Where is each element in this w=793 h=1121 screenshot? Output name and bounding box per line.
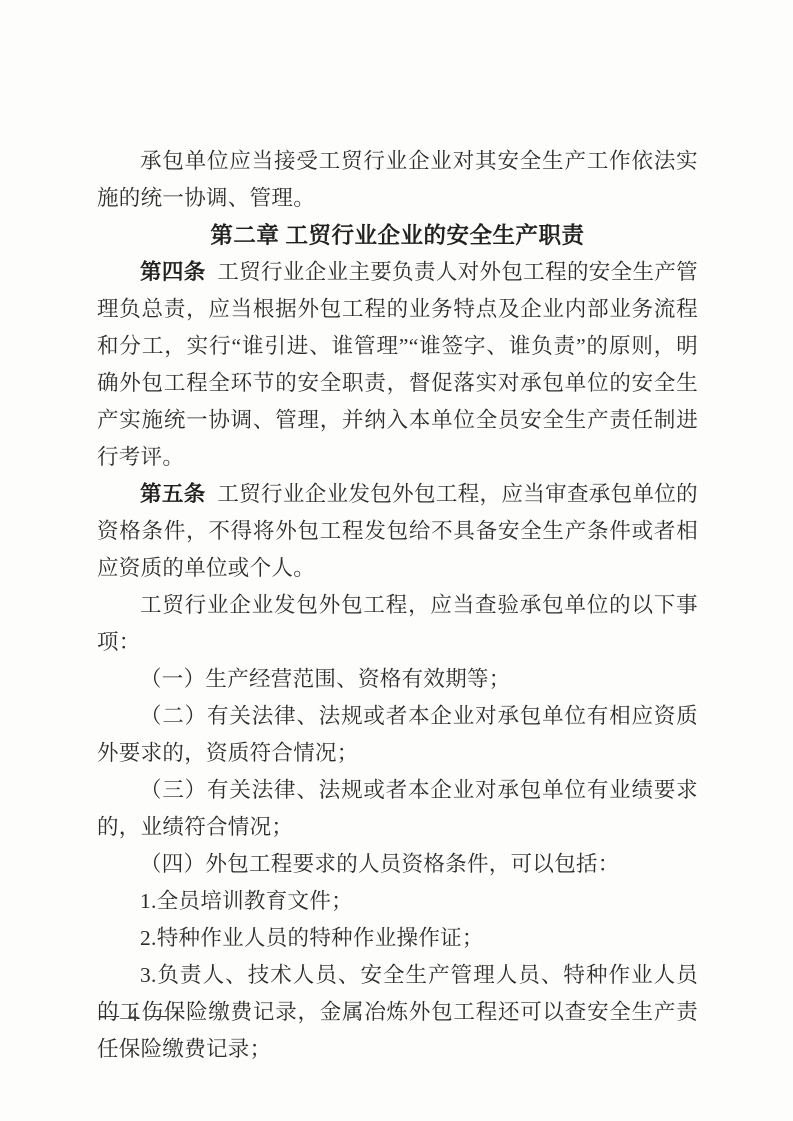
sub-item-3: 3.负责人、技术人员、安全生产管理人员、特种作业人员的工伤保险缴费记录，金属冶炼… [97, 957, 698, 1068]
page-number: — 4 — [99, 1000, 169, 1030]
list-item-2: （二）有关法律、法规或者本企业对承包单位有相应资质外要求的，资质符合情况； [97, 698, 698, 772]
chapter-2-heading: 第二章 工贸行业企业的安全生产职责 [97, 217, 698, 254]
list-item-4: （四）外包工程要求的人员资格条件，可以包括： [97, 846, 698, 883]
article-5-paragraph: 第五条工贸行业企业发包外包工程，应当审查承包单位的资格条件，不得将外包工程发包给… [97, 476, 698, 587]
document-body: 承包单位应当接受工贸行业企业对其安全生产工作依法实施的统一协调、管理。 第二章 … [97, 143, 698, 1068]
list-item-3: （三）有关法律、法规或者本企业对承包单位有业绩要求的，业绩符合情况； [97, 772, 698, 846]
document-page: 承包单位应当接受工贸行业企业对其安全生产工作依法实施的统一协调、管理。 第二章 … [0, 0, 793, 1121]
sub-item-2: 2.特种作业人员的特种作业操作证； [97, 920, 698, 957]
sub-item-1: 1.全员培训教育文件； [97, 883, 698, 920]
article-4-text: 工贸行业企业主要负责人对外包工程的安全生产管理负总责，应当根据外包工程的业务特点… [97, 260, 698, 469]
article-4-number: 第四条 [140, 260, 206, 284]
paragraph-contractor-coordination: 承包单位应当接受工贸行业企业对其安全生产工作依法实施的统一协调、管理。 [97, 143, 698, 217]
article-4-paragraph: 第四条工贸行业企业主要负责人对外包工程的安全生产管理负总责，应当根据外包工程的业… [97, 254, 698, 476]
article-5-number: 第五条 [140, 482, 206, 506]
list-item-1: （一）生产经营范围、资格有效期等； [97, 661, 698, 698]
paragraph-verification-intro: 工贸行业企业发包外包工程，应当查验承包单位的以下事项： [97, 587, 698, 661]
